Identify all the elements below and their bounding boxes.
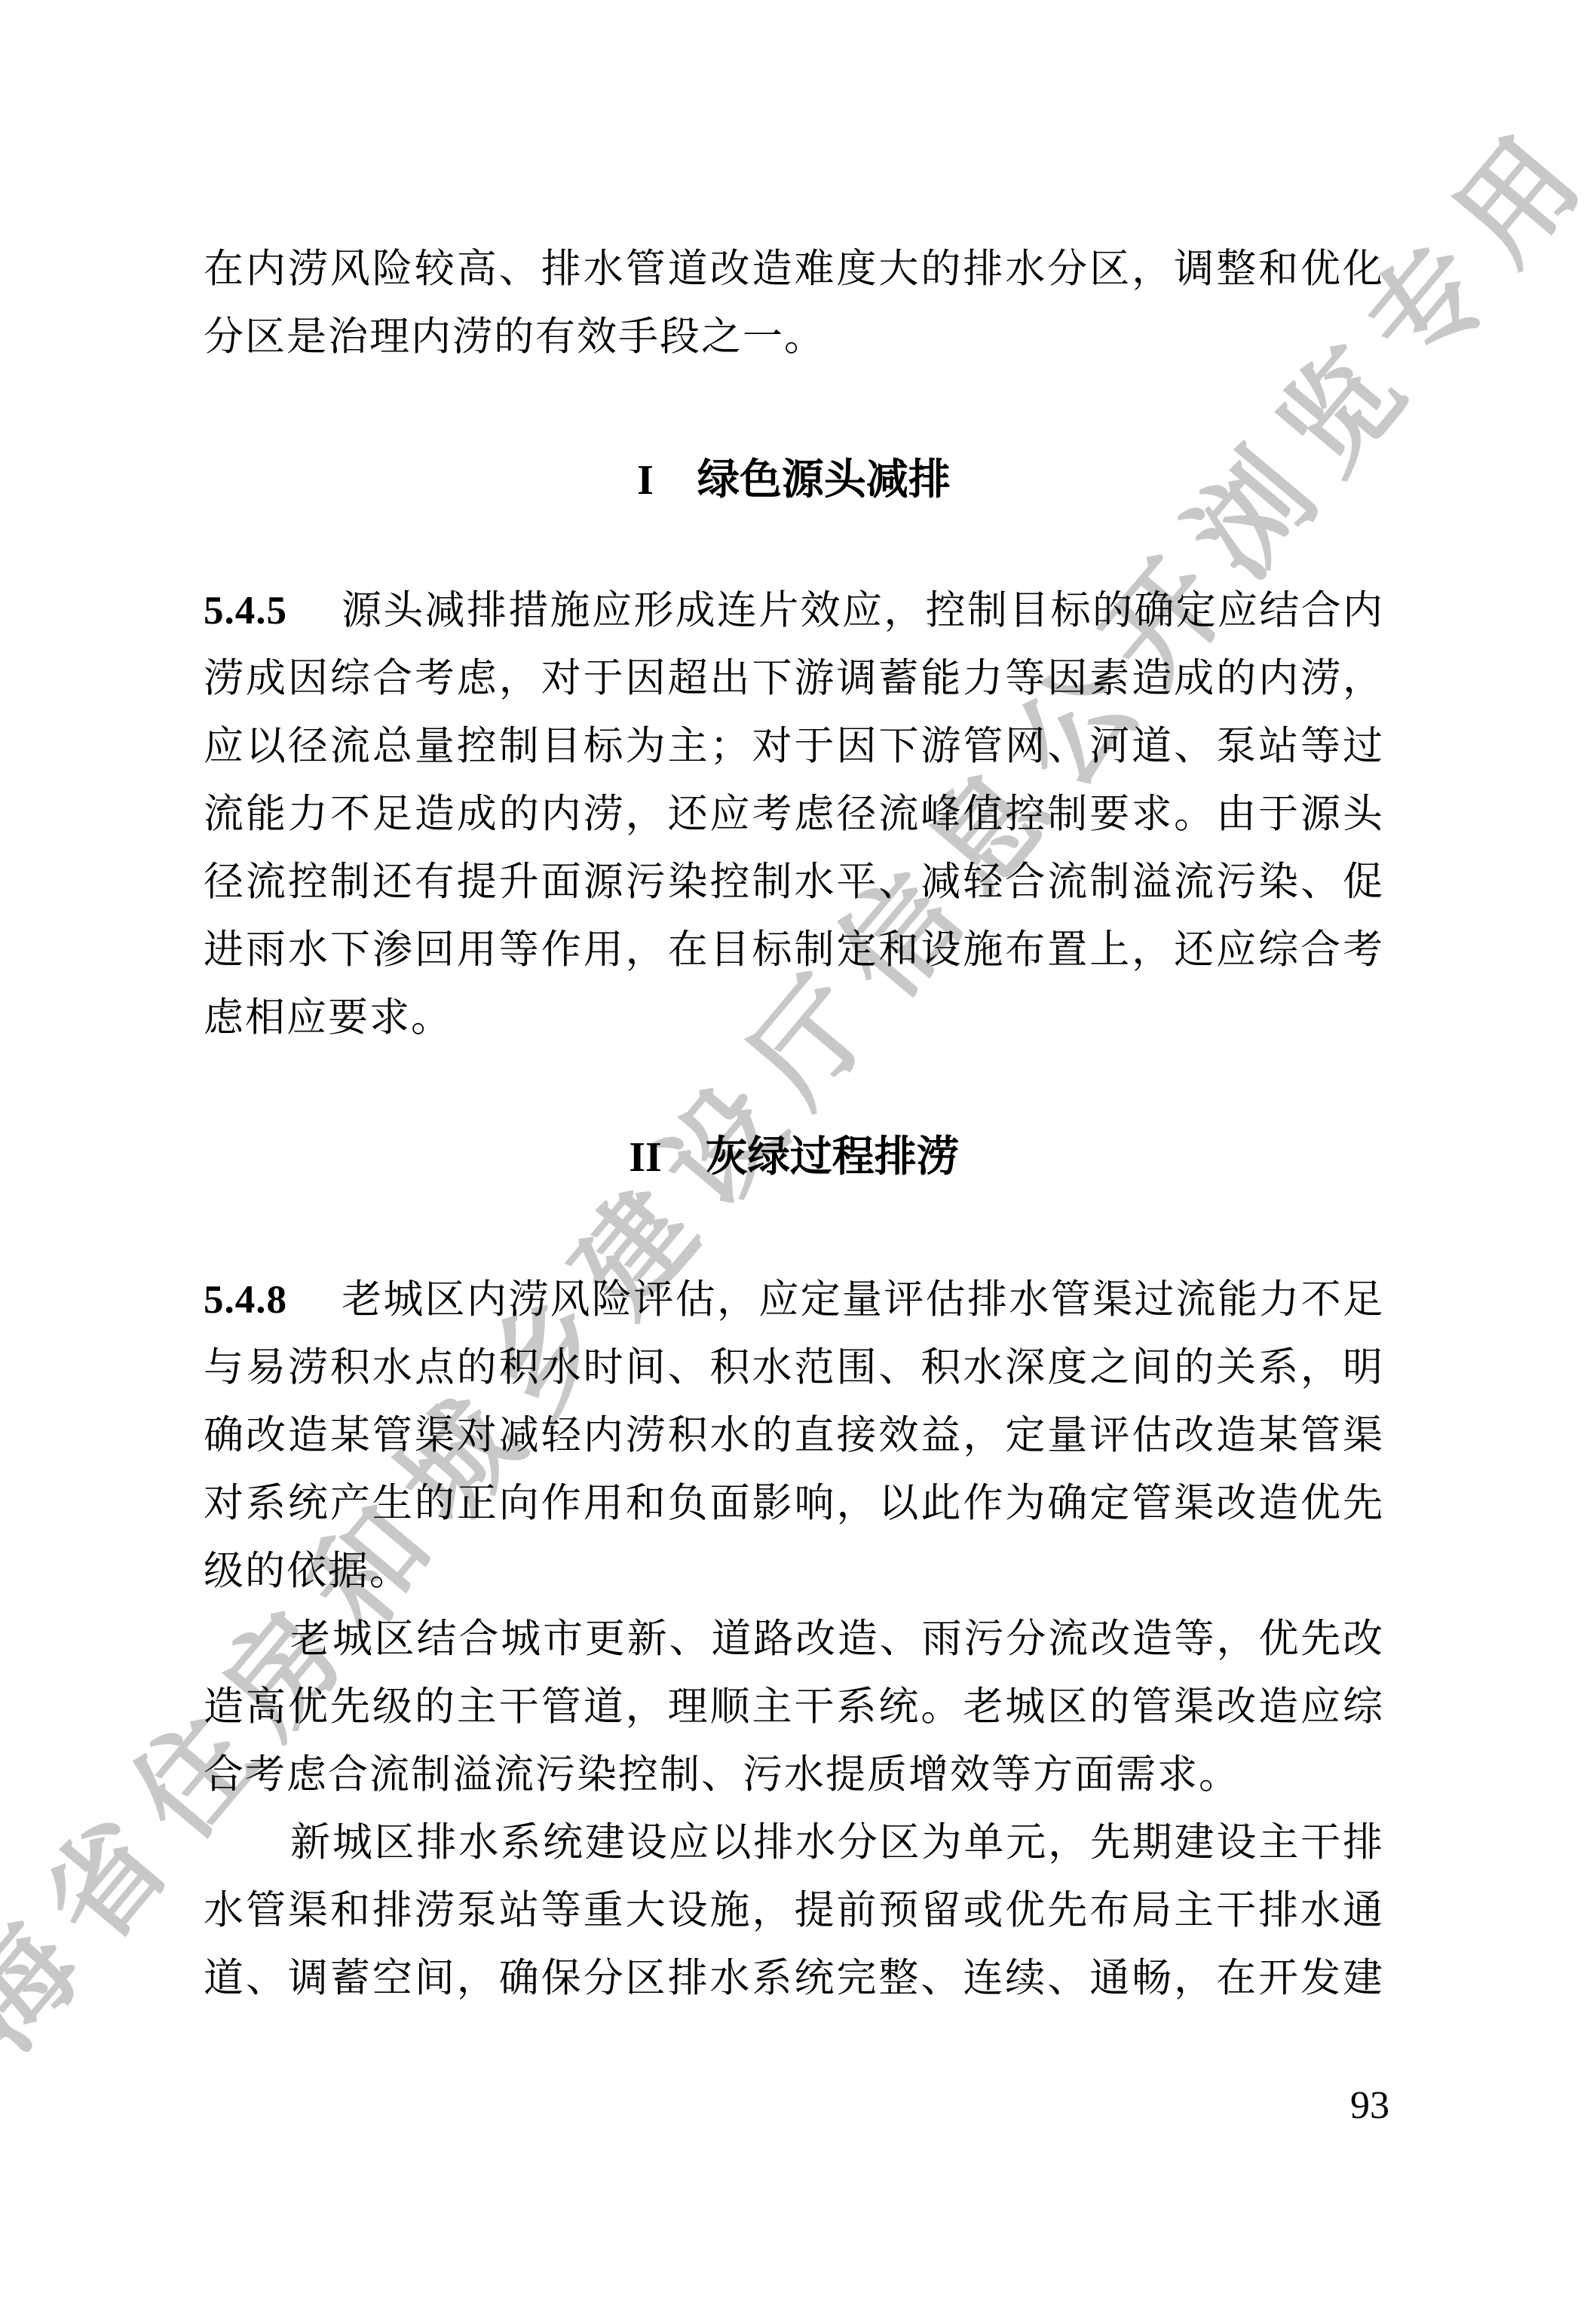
text-line: 径流控制还有提升面源污染控制水平、减轻合流制溢流污染、促 <box>204 848 1384 916</box>
text-line: 造高优先级的主干管道，理顺主干系统。老城区的管渠改造应综 <box>204 1673 1384 1741</box>
text-line: 5.4.5源头减排措施应形成连片效应，控制目标的确定应结合内 <box>204 577 1384 645</box>
section-title: 灰绿过程排涝 <box>706 1132 959 1180</box>
clause-5-4-8: 5.4.8老城区内涝风险评估，应定量评估排水管渠过流能力不足 与易涝积水点的积水… <box>204 1266 1384 1605</box>
text-line: 在内涝风险较高、排水管道改造难度大的排水分区，调整和优化 <box>204 235 1384 303</box>
text-line: 确改造某管渠对减轻内涝积水的直接效益，定量评估改造某管渠 <box>204 1402 1384 1470</box>
section-numeral: I <box>637 457 654 504</box>
text-line: 与易涝积水点的积水时间、积水范围、积水深度之间的关系，明 <box>204 1334 1384 1402</box>
clause-number: 5.4.5 <box>204 577 342 645</box>
text-line: 水管渠和排涝泵站等重大设施，提前预留或优先布局主干排水通 <box>204 1877 1384 1945</box>
text-line: 新城区排水系统建设应以排水分区为单元，先期建设主干排 <box>204 1809 1384 1877</box>
paragraph-old-town: 老城区结合城市更新、道路改造、雨污分流改造等，优先改 造高优先级的主干管道，理顺… <box>204 1605 1384 1809</box>
text-line: 涝成因综合考虑，对于因超出下游调蓄能力等因素造成的内涝， <box>204 645 1384 713</box>
section-title: 绿色源头减排 <box>697 455 951 503</box>
text-line: 老城区结合城市更新、道路改造、雨污分流改造等，优先改 <box>204 1605 1384 1673</box>
text-line: 对系统产生的正向作用和负面影响，以此作为确定管渠改造优先 <box>204 1470 1384 1537</box>
section-numeral: II <box>629 1134 662 1181</box>
section-heading-grey-green-process: II灰绿过程排涝 <box>204 1123 1384 1191</box>
paragraph-new-town: 新城区排水系统建设应以排水分区为单元，先期建设主干排 水管渠和排涝泵站等重大设施… <box>204 1809 1384 2012</box>
text-line: 虑相应要求。 <box>204 984 1384 1052</box>
section-heading-green-source: I绿色源头减排 <box>204 446 1384 514</box>
text-line: 合考虑合流制溢流污染控制、污水提质增效等方面需求。 <box>204 1741 1384 1809</box>
clause-number: 5.4.8 <box>204 1266 342 1334</box>
text-line: 5.4.8老城区内涝风险评估，应定量评估排水管渠过流能力不足 <box>204 1266 1384 1334</box>
text-line: 级的依据。 <box>204 1537 1384 1605</box>
text-line: 流能力不足造成的内涝，还应考虑径流峰值控制要求。由于源头 <box>204 780 1384 848</box>
clause-first-line: 源头减排措施应形成连片效应，控制目标的确定应结合内 <box>342 577 1384 645</box>
clause-5-4-5: 5.4.5源头减排措施应形成连片效应，控制目标的确定应结合内 涝成因综合考虑，对… <box>204 577 1384 1052</box>
text-line: 分区是治理内涝的有效手段之一。 <box>204 303 1384 371</box>
page-number: 93 <box>1350 2083 1389 2129</box>
text-line: 应以径流总量控制目标为主；对于因下游管网、河道、泵站等过 <box>204 713 1384 780</box>
text-line: 道、调蓄空间，确保分区排水系统完整、连续、通畅，在开发建 <box>204 1945 1384 2012</box>
clause-first-line: 老城区内涝风险评估，应定量评估排水管渠过流能力不足 <box>342 1266 1384 1334</box>
paragraph-intro: 在内涝风险较高、排水管道改造难度大的排水分区，调整和优化 分区是治理内涝的有效手… <box>204 235 1384 371</box>
text-line: 进雨水下渗回用等作用，在目标制定和设施布置上，还应综合考 <box>204 916 1384 984</box>
